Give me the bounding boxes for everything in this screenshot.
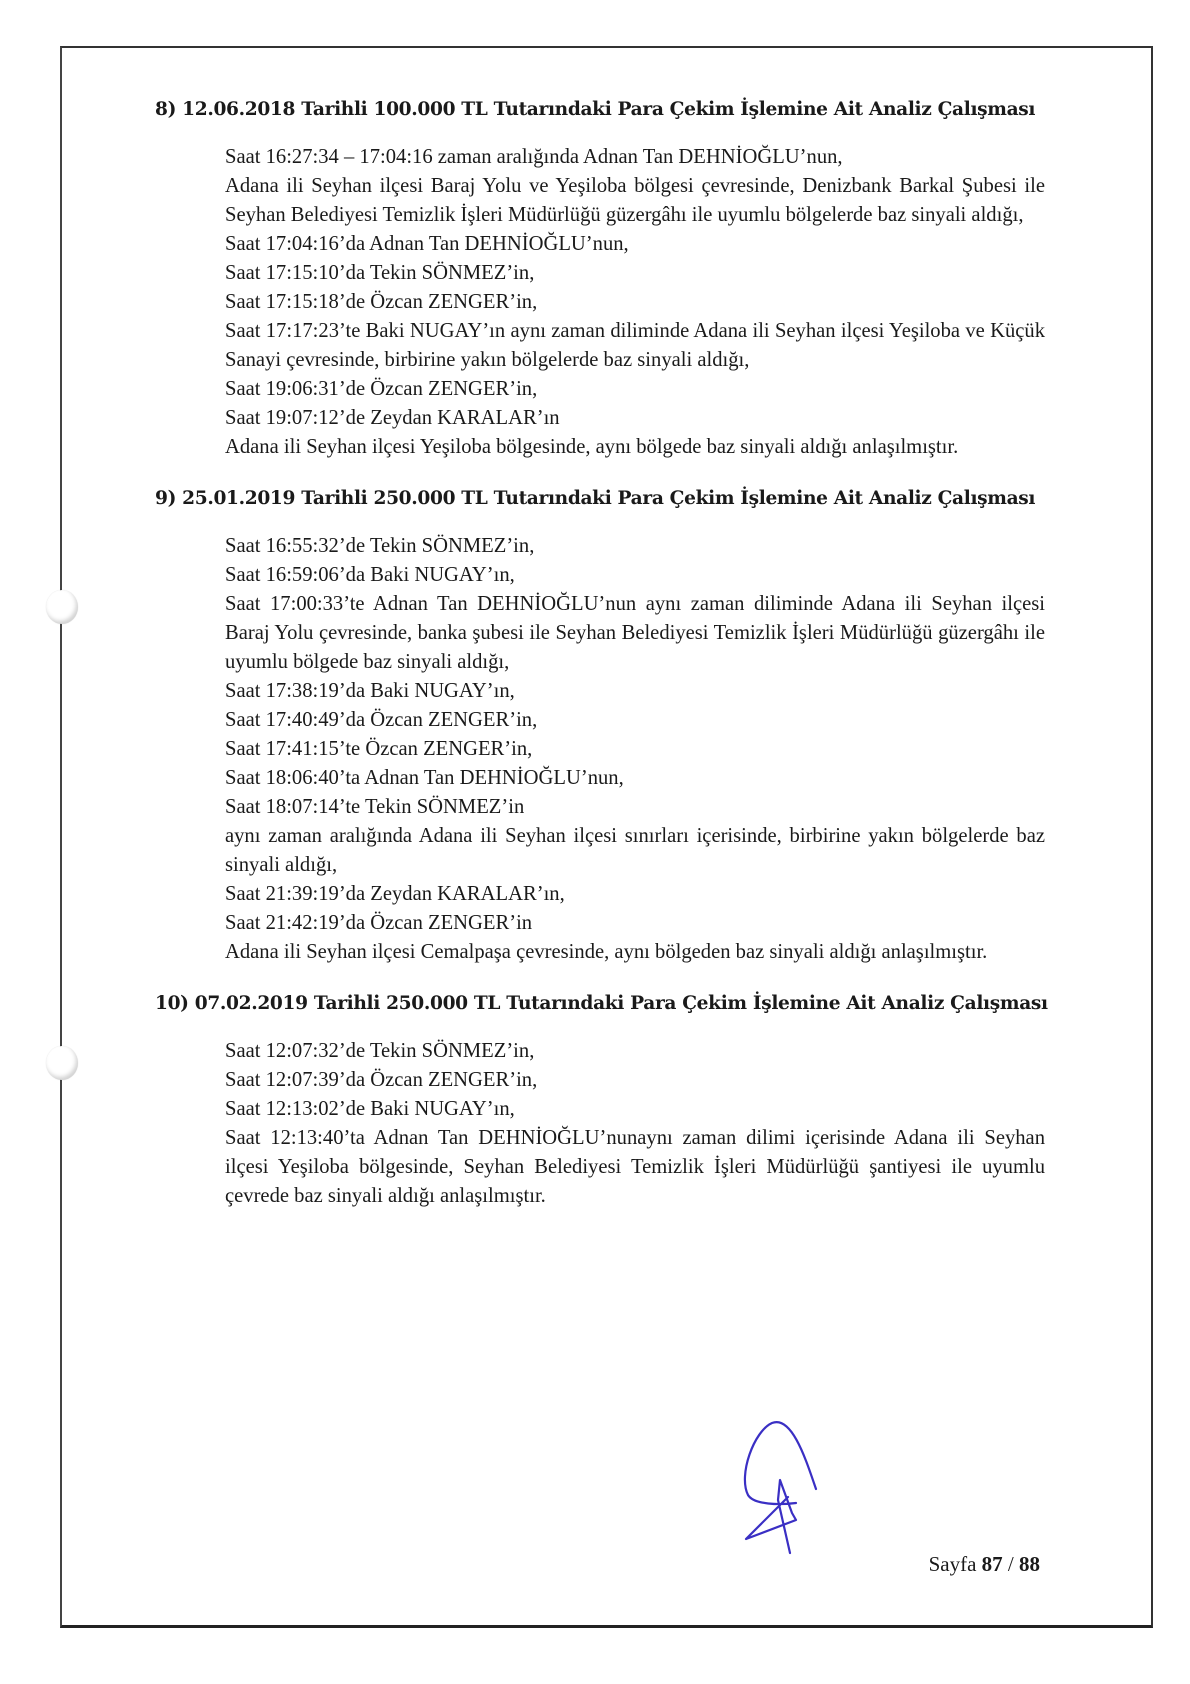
- text-line: Saat 18:06:40’ta Adnan Tan DEHNİOĞLU’nun…: [225, 764, 1045, 793]
- text-line: Saat 17:40:49’da Özcan ZENGER’in,: [225, 706, 1045, 735]
- section-body: Saat 16:27:34 – 17:04:16 zaman aralığınd…: [225, 143, 1045, 462]
- section-body: Saat 16:55:32’de Tekin SÖNMEZ’in,Saat 16…: [225, 532, 1045, 967]
- page-current: 87: [982, 1552, 1003, 1576]
- section-8: 8) 12.06.2018 Tarihli 100.000 TL Tutarın…: [155, 95, 1045, 462]
- page-total: 88: [1019, 1552, 1040, 1576]
- text-line: Saat 18:07:14’te Tekin SÖNMEZ’in: [225, 793, 1045, 822]
- page-number: Sayfa 87 / 88: [929, 1552, 1040, 1577]
- page-label: Sayfa: [929, 1552, 977, 1576]
- paragraph: Saat 12:13:40’ta Adnan Tan DEHNİOĞLU’nun…: [225, 1124, 1045, 1211]
- section-body: Saat 12:07:32’de Tekin SÖNMEZ’in,Saat 12…: [225, 1037, 1045, 1211]
- paragraph: Saat 17:17:23’te Baki NUGAY’ın aynı zama…: [225, 317, 1045, 375]
- page-separator: /: [1008, 1552, 1014, 1576]
- punch-hole-top: [46, 590, 78, 624]
- handwritten-signature-icon: [740, 1405, 860, 1555]
- text-line: Saat 12:13:02’de Baki NUGAY’ın,: [225, 1095, 1045, 1124]
- punch-hole-bottom: [46, 1046, 78, 1080]
- paragraph: Adana ili Seyhan ilçesi Baraj Yolu ve Ye…: [225, 172, 1045, 230]
- text-line: Adana ili Seyhan ilçesi Yeşiloba bölgesi…: [225, 433, 1045, 462]
- text-line: Saat 21:42:19’da Özcan ZENGER’in: [225, 909, 1045, 938]
- text-line: Saat 12:07:39’da Özcan ZENGER’in,: [225, 1066, 1045, 1095]
- text-line: Saat 21:39:19’da Zeydan KARALAR’ın,: [225, 880, 1045, 909]
- text-line: Saat 16:27:34 – 17:04:16 zaman aralığınd…: [225, 143, 1045, 172]
- text-line: Saat 16:55:32’de Tekin SÖNMEZ’in,: [225, 532, 1045, 561]
- section-heading: 10) 07.02.2019 Tarihli 250.000 TL Tutarı…: [155, 989, 1045, 1019]
- section-10: 10) 07.02.2019 Tarihli 250.000 TL Tutarı…: [155, 989, 1045, 1211]
- paragraph: Saat 17:00:33’te Adnan Tan DEHNİOĞLU’nun…: [225, 590, 1045, 677]
- text-line: Saat 17:15:10’da Tekin SÖNMEZ’in,: [225, 259, 1045, 288]
- text-line: Saat 17:41:15’te Özcan ZENGER’in,: [225, 735, 1045, 764]
- text-line: Saat 17:15:18’de Özcan ZENGER’in,: [225, 288, 1045, 317]
- paragraph: aynı zaman aralığında Adana ili Seyhan i…: [225, 822, 1045, 880]
- text-line: Saat 12:07:32’de Tekin SÖNMEZ’in,: [225, 1037, 1045, 1066]
- section-heading: 9) 25.01.2019 Tarihli 250.000 TL Tutarın…: [155, 484, 1045, 514]
- section-9: 9) 25.01.2019 Tarihli 250.000 TL Tutarın…: [155, 484, 1045, 967]
- text-line: Saat 17:04:16’da Adnan Tan DEHNİOĞLU’nun…: [225, 230, 1045, 259]
- text-line: Saat 19:06:31’de Özcan ZENGER’in,: [225, 375, 1045, 404]
- section-heading: 8) 12.06.2018 Tarihli 100.000 TL Tutarın…: [155, 95, 1045, 125]
- text-line: Saat 17:38:19’da Baki NUGAY’ın,: [225, 677, 1045, 706]
- text-line: Saat 19:07:12’de Zeydan KARALAR’ın: [225, 404, 1045, 433]
- document-body: 8) 12.06.2018 Tarihli 100.000 TL Tutarın…: [155, 95, 1045, 1233]
- text-line: Saat 16:59:06’da Baki NUGAY’ın,: [225, 561, 1045, 590]
- paragraph: Adana ili Seyhan ilçesi Cemalpaşa çevres…: [225, 938, 1045, 967]
